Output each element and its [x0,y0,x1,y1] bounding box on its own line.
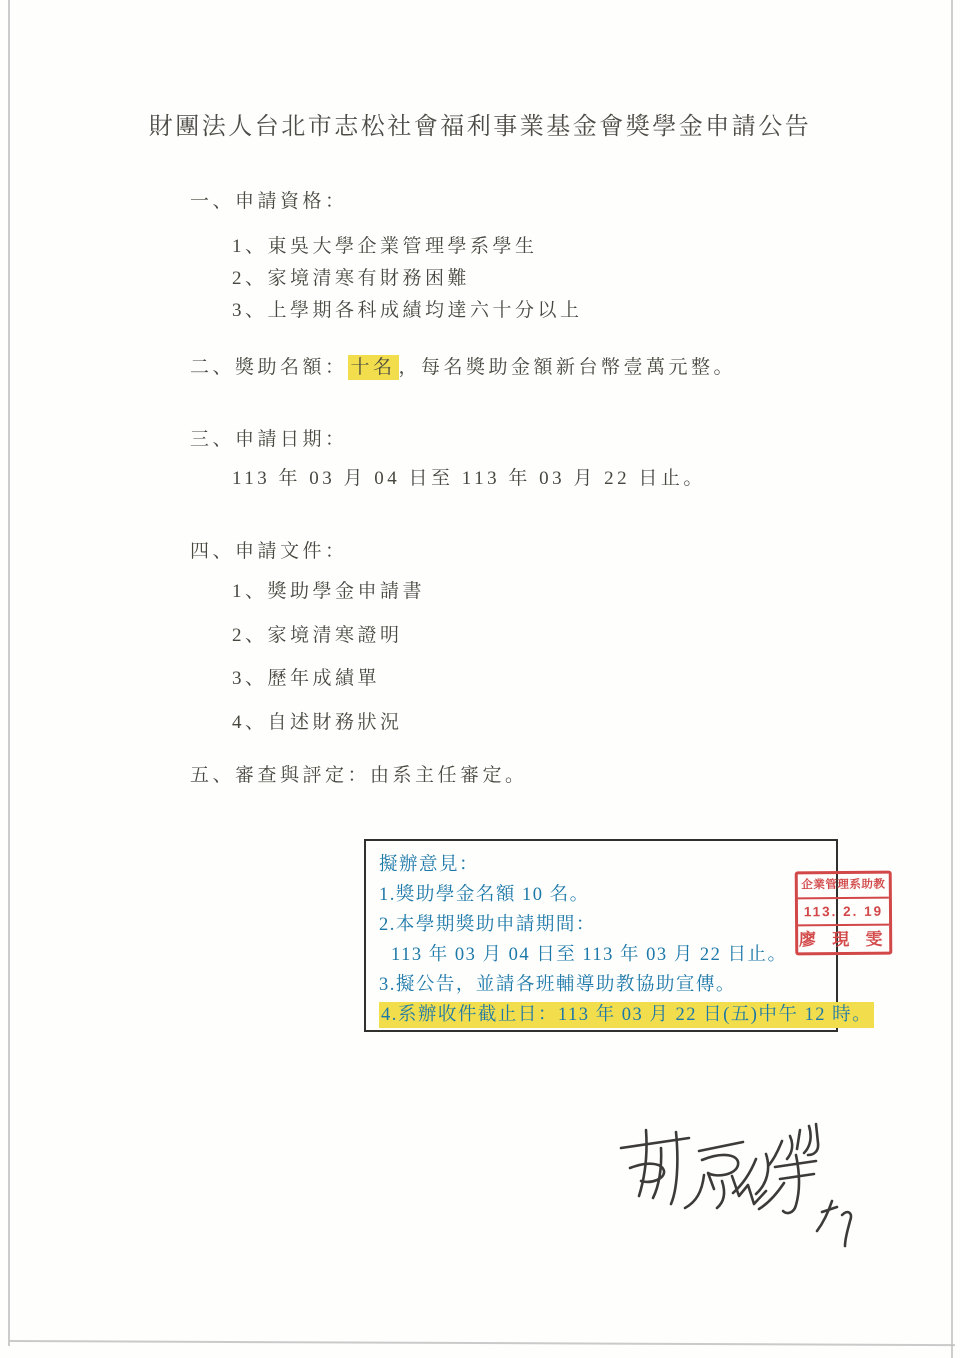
section-3-heading: 三、申請日期： [190,424,348,451]
stamp-name: 廖 現 雯 [798,926,889,955]
section-4-item-2: 2、家境清寒證明 [232,620,403,647]
proposal-line-3: 3.擬公告，並請各班輔導助教協助宣傳。 [379,970,825,1000]
section-4-item-4: 4、自述財務狀況 [232,707,403,734]
document-title: 財團法人台北市志松社會福利事業基金會獎學金申請公告 [0,106,960,141]
handwritten-signature [603,1118,893,1263]
stamp-unit-label: 企業管理系助教 [798,874,889,900]
section-2-prefix: 二、獎助名額： [190,357,348,378]
section-2-suffix: ，每名獎助金額新台幣壹萬元整。 [399,357,737,378]
section-1-item-3: 3、上學期各科成績均達六十分以上 [232,295,583,322]
stamp-date: 113. 2. 19 [798,899,889,927]
proposal-line-2-dates: 113 年 03 月 04 日至 113 年 03 月 22 日止。 [379,940,825,970]
section-3-dates: 113 年 03 月 04 日至 113 年 03 月 22 日止。 [232,463,706,490]
approval-stamp: 企業管理系助教 113. 2. 19 廖 現 雯 [795,871,893,956]
section-5-heading: 五、審查與評定：由系主任審定。 [190,760,528,787]
section-4-item-1: 1、獎助學金申請書 [232,576,425,603]
proposal-opinion-box: 擬辦意見： 1.獎助學金名額 10 名。 2.本學期獎助申請期間： 113 年 … [364,839,838,1032]
scan-edge-bottom [10,1340,955,1346]
proposal-line-2: 2.本學期獎助申請期間： [379,910,825,940]
proposal-line-4-deadline: 4.系辦收件截止日：113 年 03 月 22 日(五)中午 12 時。 [379,1000,825,1030]
section-2-highlighted-quota: 十名 [348,355,399,380]
proposal-title: 擬辦意見： [379,850,825,880]
section-1-item-1: 1、東吳大學企業管理學系學生 [232,231,538,258]
scan-edge-right [951,0,953,1358]
section-1-item-2: 2、家境清寒有財務困難 [232,263,470,290]
section-4-heading: 四、申請文件： [190,536,348,563]
section-4-item-3: 3、歷年成績單 [232,663,380,690]
proposal-deadline-highlight: 4.系辦收件截止日：113 年 03 月 22 日(五)中午 12 時。 [379,1002,874,1028]
proposal-line-1: 1.獎助學金名額 10 名。 [379,880,825,910]
scan-edge-left [8,0,10,1346]
section-1-heading: 一、申請資格： [190,186,348,213]
section-2-line: 二、獎助名額：十名，每名獎助金額新台幣壹萬元整。 [190,352,736,379]
signature-ink-icon [603,1118,893,1263]
scanned-document-page: 財團法人台北市志松社會福利事業基金會獎學金申請公告 一、申請資格： 1、東吳大學… [0,0,960,1358]
